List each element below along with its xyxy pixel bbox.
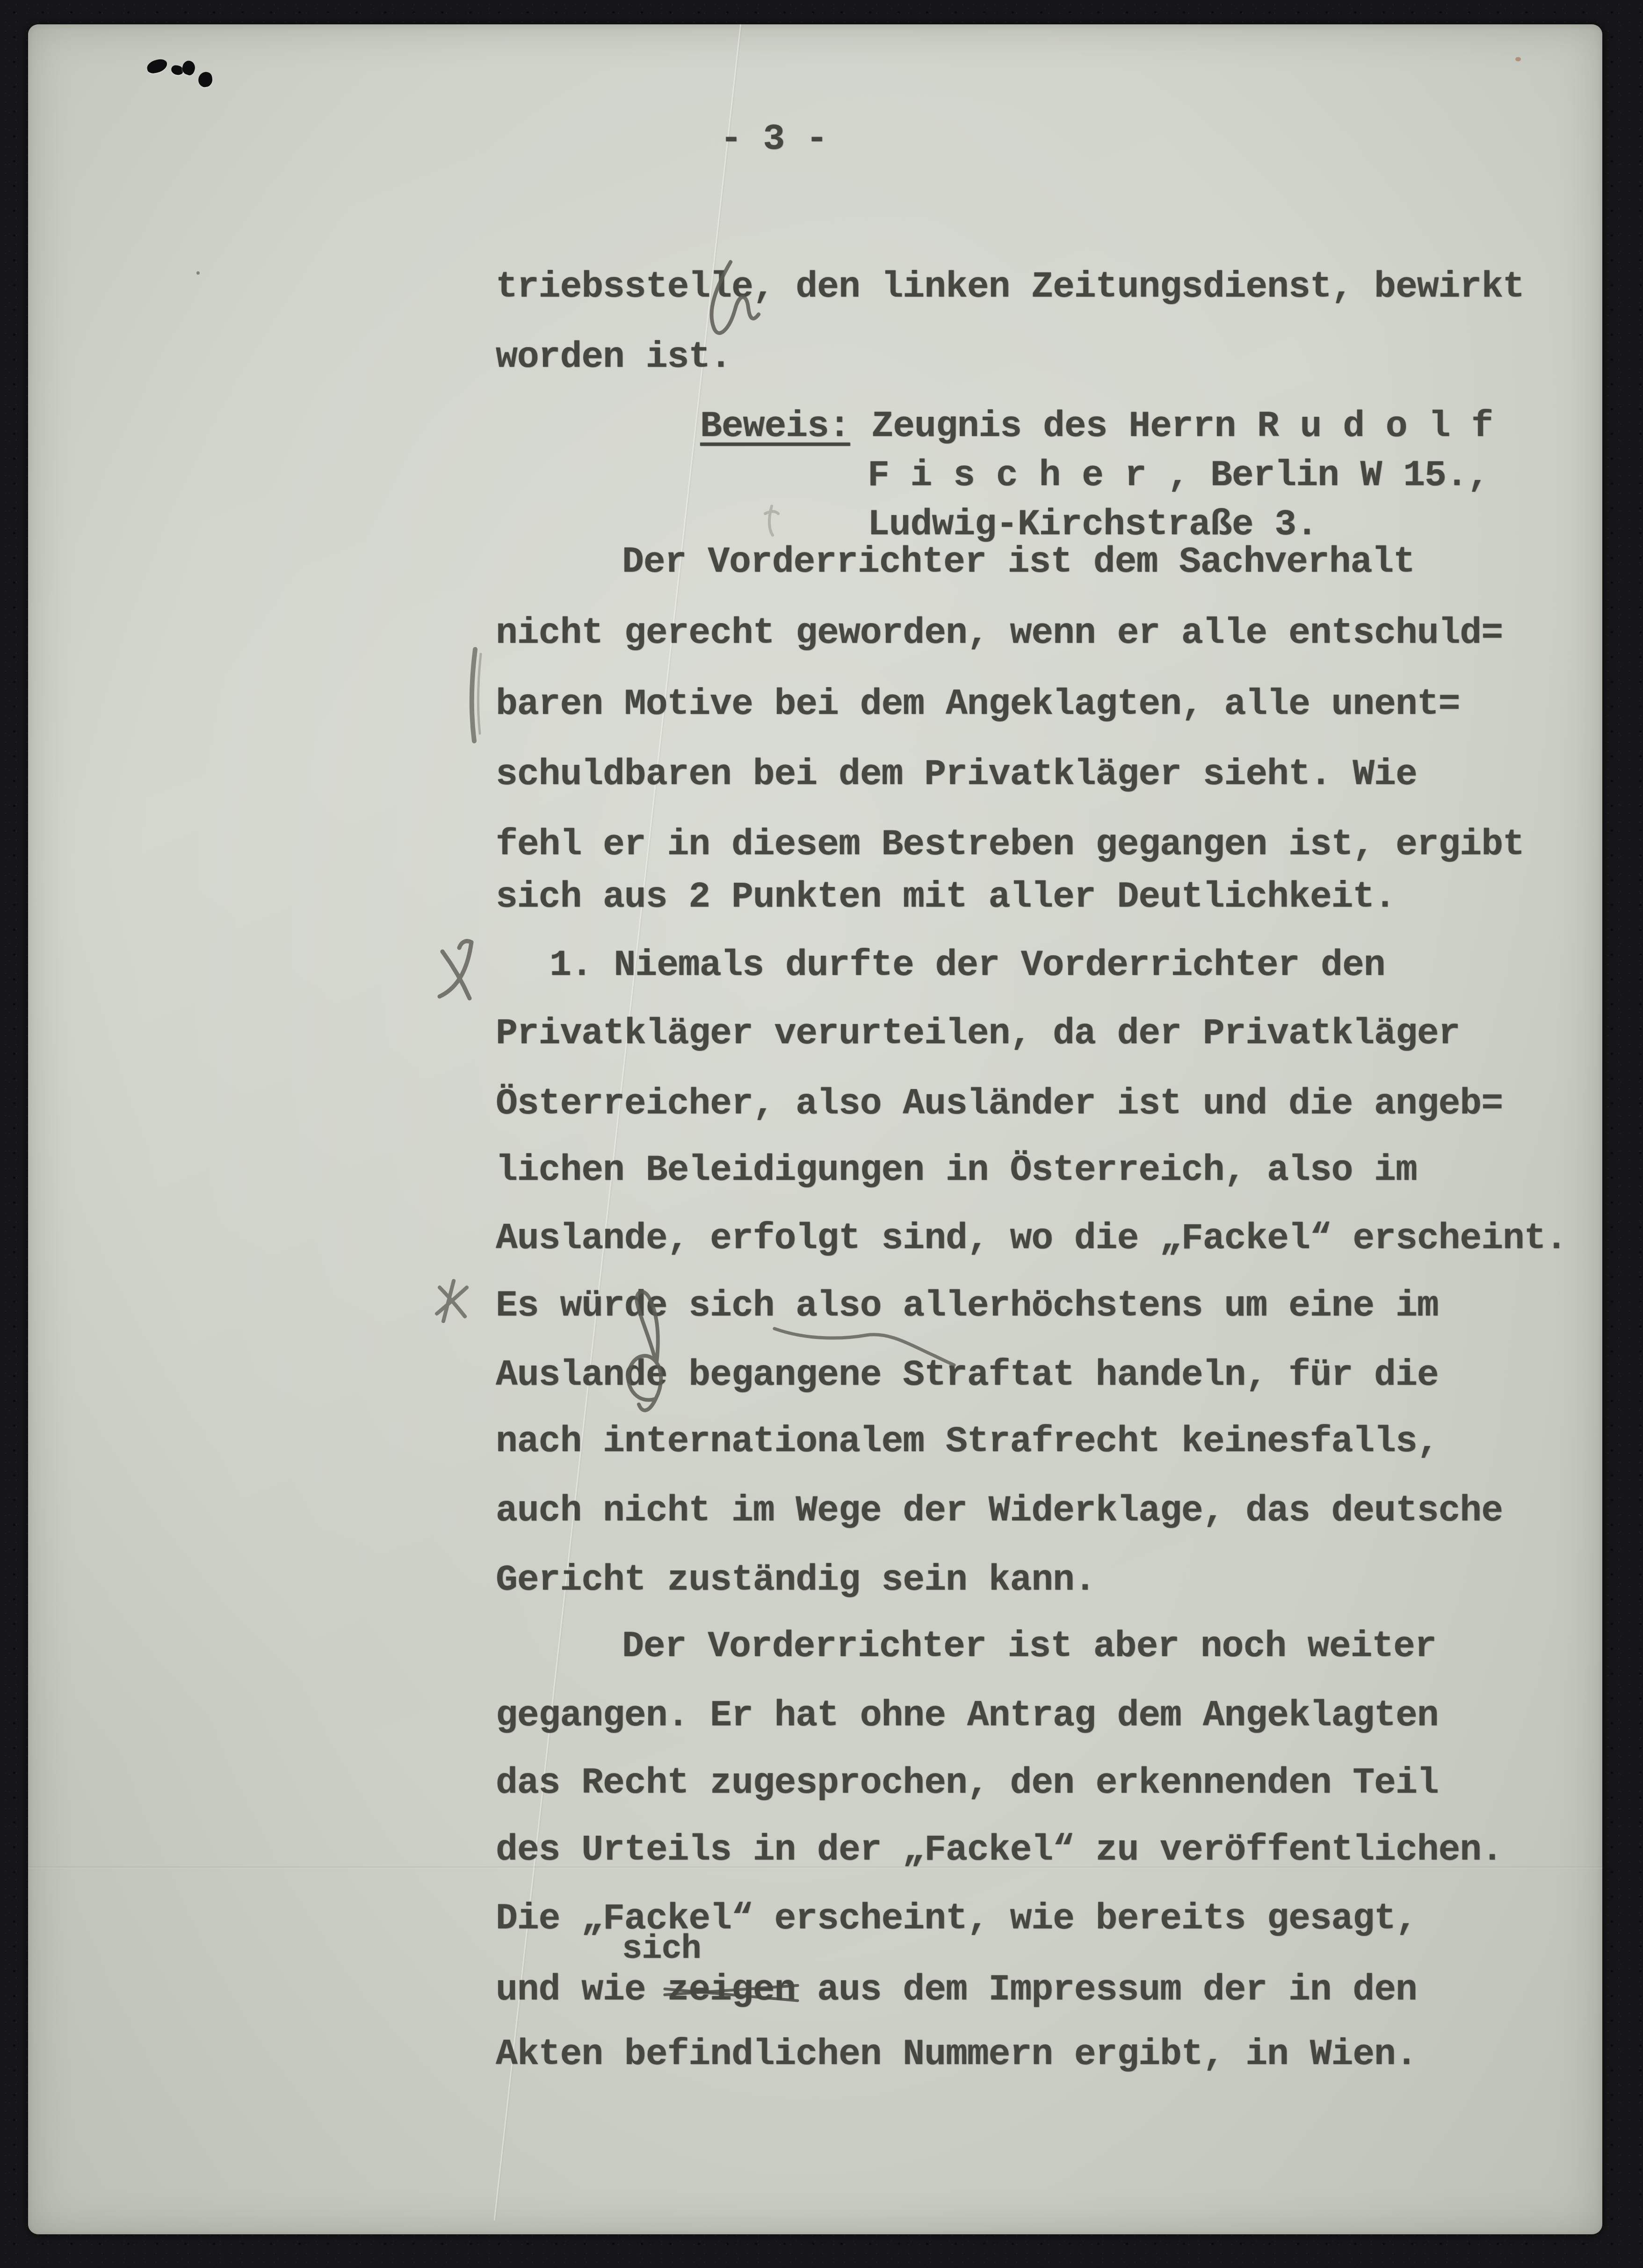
typed-line: Akten befindlichen Nummern ergibt, in Wi… (496, 2035, 1417, 2074)
typed-line: Gericht zuständig sein kann. (496, 1561, 1096, 1600)
typed-line: Der Vorderrichter ist aber noch weiter (622, 1627, 1436, 1666)
beweis-rest: Zeugnis des Herrn R u d o l f (850, 406, 1493, 447)
photo-of-document: { "colors":{ "leather_background":"#1616… (0, 0, 1643, 2268)
typed-line: das Recht zugesprochen, den erkennenden … (496, 1764, 1439, 1803)
typed-line: triebsstelle, den linken Zeitungsdienst,… (496, 268, 1524, 307)
typed-line: nicht gerecht geworden, wenn er alle ent… (496, 614, 1503, 653)
typed-line: auch nicht im Wege der Widerklage, das d… (496, 1491, 1503, 1531)
typed-line: Auslande begangene Straftat handeln, für… (496, 1356, 1439, 1395)
paper-speck (1515, 57, 1521, 61)
typed-line: schuldbaren bei dem Privatkläger sieht. … (496, 755, 1417, 794)
line-prefix: und wie (496, 1970, 667, 2011)
typed-line: sich aus 2 Punkten mit aller Deutlichkei… (496, 878, 1396, 917)
page-number: - 3 - (720, 120, 827, 159)
typed-line: baren Motive bei dem Angeklagten, alle u… (496, 685, 1460, 724)
line-suffix: aus dem Impressum der in den (796, 1970, 1417, 2011)
typed-line: des Urteils in der „Fackel“ zu veröffent… (496, 1831, 1503, 1870)
typed-line: Der Vorderrichter ist dem Sachverhalt (622, 543, 1415, 582)
typed-line: Privatkläger verurteilen, da der Privatk… (496, 1014, 1460, 1054)
struck-out-word: zeigen (667, 1970, 796, 2010)
beweis-line: F i s c h e r , Berlin W 15., (868, 456, 1489, 495)
beweis-label: Beweis: (700, 406, 850, 447)
typed-line-with-strikethrough: und wie zeigen aus dem Impressum der in … (496, 1970, 1417, 2010)
inserted-word-sich: sich (622, 1931, 701, 1968)
typed-line: 1. Niemals durfte der Vorderrichter den (550, 946, 1385, 985)
typed-line: gegangen. Er hat ohne Antrag dem Angekla… (496, 1696, 1439, 1736)
beweis-line: Beweis: Zeugnis des Herrn R u d o l f (700, 407, 1493, 446)
paper-speck (196, 271, 200, 275)
beweis-line: Ludwig-Kirchstraße 3. (868, 505, 1317, 545)
typed-line: worden ist. (496, 338, 731, 377)
typed-line: nach internationalem Strafrecht keinesfa… (496, 1422, 1439, 1461)
typed-line: Österreicher, also Ausländer ist und die… (496, 1084, 1503, 1124)
document-page: - 3 - triebsstelle, den linken Zeitungsd… (28, 24, 1602, 2234)
typed-line: lichen Beleidigungen in Österreich, also… (496, 1151, 1417, 1190)
typed-line: Es würde sich also allerhöchstens um ein… (496, 1287, 1439, 1326)
typed-line: Auslande, erfolgt sind, wo die „Fackel“ … (496, 1219, 1567, 1258)
typed-line: fehl er in diesem Bestreben gegangen ist… (496, 825, 1524, 865)
